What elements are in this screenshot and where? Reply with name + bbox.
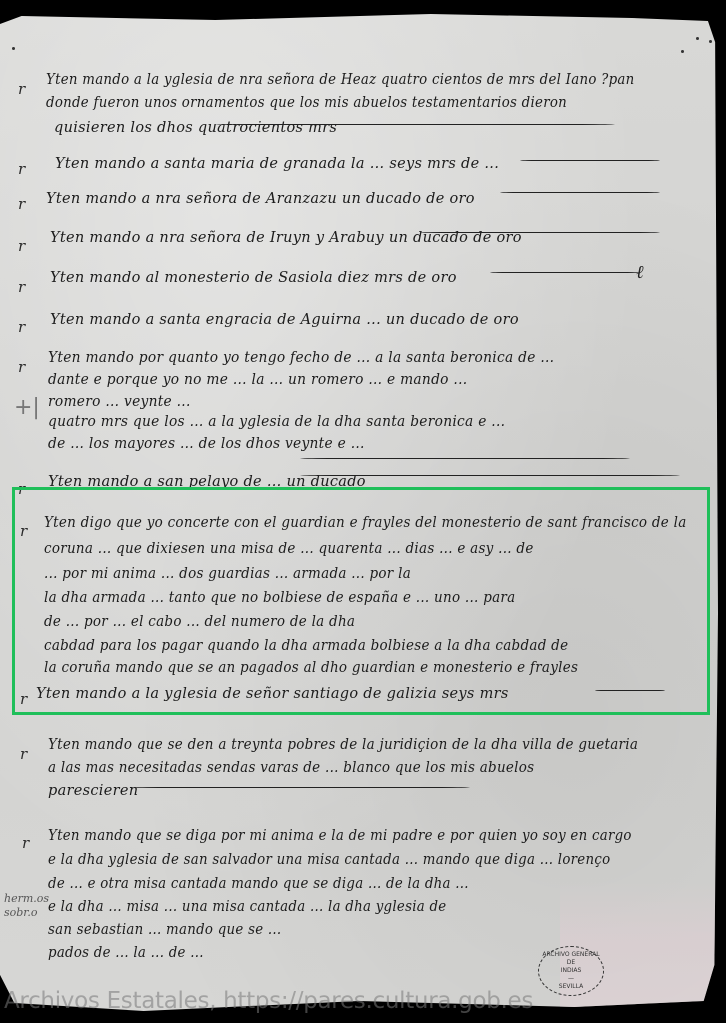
margin-note-hermanos-sobrino: herm.os sobr.o [4,892,49,920]
margin-r-mark: r [22,834,29,852]
text-line: de ... los mayores ... de los dhos veynt… [48,436,365,452]
text-line: donde fueron unos ornamentos que los mis… [46,95,567,111]
text-line: a las mas necesitadas sendas varas de ..… [48,760,534,776]
ink-speck [12,47,15,50]
ink-speck [696,37,699,40]
text-line: parescieren [48,783,138,799]
text-line: pados de ... la ... de ... [48,945,204,961]
text-line: dante e porque yo no me ... la ... un ro… [48,372,467,388]
text-line: Yten mando a santa engracia de Aguirna .… [50,312,519,328]
margin-r-mark: r [18,195,25,213]
selection-highlight-box[interactable] [12,487,710,715]
margin-r-mark: r [18,80,25,98]
text-line: de ... e otra misa cantada mando que se … [48,876,469,892]
line-filler-flourish [520,160,660,161]
stamp-line: SEVILLA [539,983,603,991]
text-line: Yten mando que se diga por mi anima e la… [48,828,632,844]
line-filler-flourish [215,124,615,125]
text-line: e la dha ... misa ... una misa cantada .… [48,899,446,915]
margin-r-mark: r [20,745,27,763]
stamp-line: DE [539,959,603,967]
line-filler-flourish [420,232,660,233]
text-line: Yten mando a nra señora de Aranzazu un d… [46,191,475,207]
margin-note-cross: +| [14,395,40,420]
margin-r-mark: r [18,358,25,376]
text-line: romero ... veynte ... [48,394,191,410]
stamp-line: — [539,975,603,983]
text-line: Yten mando por quanto yo tengo fecho de … [48,350,554,366]
ink-speck [709,40,712,43]
line-filler-flourish [490,272,640,273]
text-line: quisieren los dhos quatrocientos mrs [54,120,337,136]
margin-r-mark: r [18,278,25,296]
text-line: Yten mando a la yglesia de nra señora de… [46,72,634,88]
text-line: Yten mando que se den a treynta pobres d… [48,737,638,753]
ink-speck [681,50,684,53]
line-filler-flourish [300,475,680,476]
line-filler-flourish [300,458,630,459]
text-line: san sebastian ... mando que se ... [48,922,281,938]
stamp-line: ARCHIVO GENERAL [539,951,603,959]
stamp-line: INDIAS [539,967,603,975]
margin-r-mark: r [18,160,25,178]
text-line: Yten mando a santa maria de granada la .… [55,156,499,172]
line-filler-flourish [130,787,470,788]
line-filler-flourish [500,192,660,193]
text-line: e la dha yglesia de san salvador una mis… [48,852,610,868]
archive-watermark: Archivos Estatales, https://pares.cultur… [4,988,533,1014]
text-line: Yten mando al monesterio de Sasiola diez… [50,270,457,286]
margin-note-text: herm.os sobr.o [4,892,49,919]
margin-r-mark: r [18,237,25,255]
margin-check-mark: ℓ [636,262,644,283]
margin-r-mark: r [18,318,25,336]
archive-stamp: ARCHIVO GENERAL DE INDIAS — SEVILLA [538,946,604,996]
text-line: quatro mrs que los ... a la yglesia de l… [48,414,505,430]
